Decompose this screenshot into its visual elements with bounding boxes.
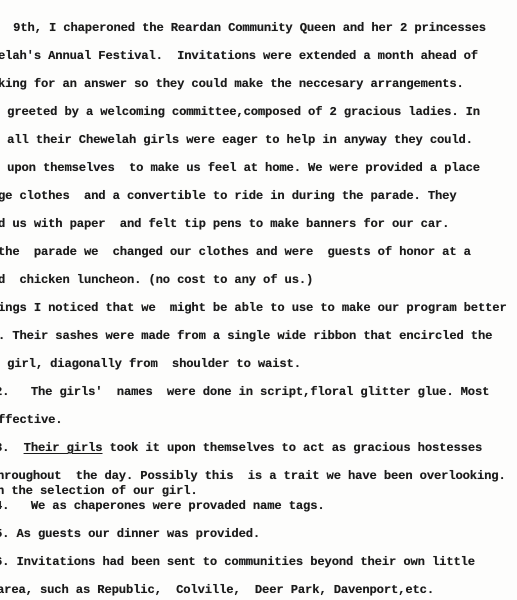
list-item-2: 2. The girls' names were done in script,… xyxy=(0,385,489,399)
text-line: greeted by a welcoming committee,compose… xyxy=(0,105,480,119)
text-line: ffective. xyxy=(0,413,62,427)
list-item-4: 4. We as chaperones were provaded name t… xyxy=(0,499,325,513)
list-number: 3. xyxy=(0,441,24,455)
text-line: ings I noticed that we might be able to … xyxy=(0,301,507,315)
text-line: d us with paper and felt tip pens to mak… xyxy=(0,217,449,231)
underlined-phrase: Their girls xyxy=(24,441,103,455)
text-line: king for an answer so they could make th… xyxy=(0,77,464,91)
list-item-5: 5. As guests our dinner was provided. xyxy=(0,527,260,541)
list-item-3: 3. Their girls took it upon themselves t… xyxy=(0,441,482,455)
text-line: girl, diagonally from shoulder to waist. xyxy=(0,357,301,371)
text-line: all their Chewelah girls were eager to h… xyxy=(0,133,473,147)
text-line: area, such as Republic, Colville, Deer P… xyxy=(0,583,434,597)
text-line: elah's Annual Festival. Invitations were… xyxy=(0,49,478,63)
text-line: upon themselves to make us feel at home.… xyxy=(0,161,480,175)
list-text: took it upon themselves to act as gracio… xyxy=(102,441,482,455)
text-line: the parade we changed our clothes and we… xyxy=(0,245,471,259)
list-item-6: 6. Invitations had been sent to communit… xyxy=(0,555,475,569)
text-line: hroughout the day. Possibly this is a tr… xyxy=(0,469,506,483)
text-line: ge clothes and a convertible to ride in … xyxy=(0,189,456,203)
text-line: n the selection of our girl. xyxy=(0,484,198,498)
text-line: 9th, I chaperoned the Reardan Community … xyxy=(6,21,486,35)
document-page: 9th, I chaperoned the Reardan Community … xyxy=(0,0,517,600)
text-line: d chicken luncheon. (no cost to any of u… xyxy=(0,273,313,287)
text-line: . Their sashes were made from a single w… xyxy=(0,329,492,343)
